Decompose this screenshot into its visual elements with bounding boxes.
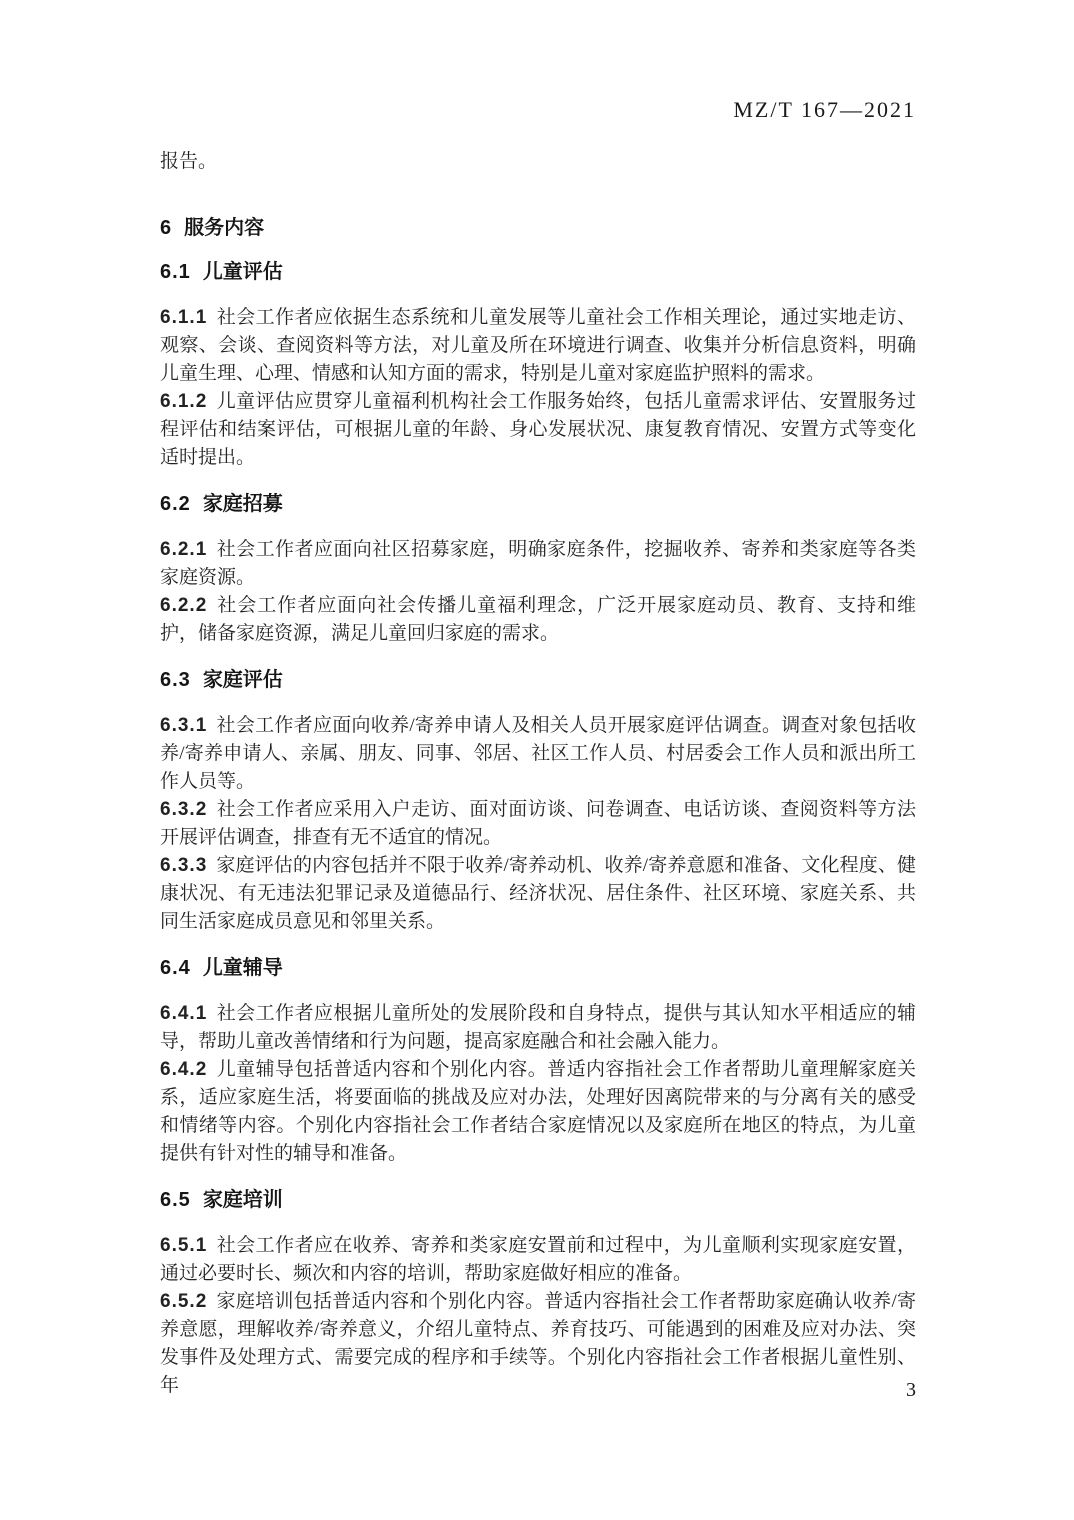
clause-6-4-1: 6.4.1社会工作者应根据儿童所处的发展阶段和自身特点，提供与其认知水平相适应的… [160, 1000, 916, 1056]
clause-6-3-1: 6.3.1社会工作者应面向收养/寄养申请人及相关人员开展家庭评估调查。调查对象包… [160, 712, 916, 796]
chapter-number: 6 [160, 217, 172, 239]
chapter-heading: 6服务内容 [160, 216, 916, 240]
section-number: 6.2 [160, 493, 191, 515]
section-number: 6.5 [160, 1189, 191, 1211]
clause-number: 6.5.1 [160, 1235, 207, 1256]
clause-text: 家庭评估的内容包括并不限于收养/寄养动机、收养/寄养意愿和准备、文化程度、健康状… [160, 855, 916, 932]
section-title: 儿童辅导 [203, 957, 283, 979]
clause-text: 社会工作者应面向社会传播儿童福利理念，广泛开展家庭动员、教育、支持和维护，储备家… [160, 595, 916, 644]
clause-number: 6.4.2 [160, 1059, 207, 1080]
clause-number: 6.2.1 [160, 539, 207, 560]
clause-6-2-2: 6.2.2社会工作者应面向社会传播儿童福利理念，广泛开展家庭动员、教育、支持和维… [160, 592, 916, 648]
section-number: 6.3 [160, 669, 191, 691]
clause-text: 社会工作者应面向收养/寄养申请人及相关人员开展家庭评估调查。调查对象包括收养/寄… [160, 715, 916, 792]
section-heading-6-5: 6.5家庭培训 [160, 1188, 916, 1212]
clause-6-4-2: 6.4.2儿童辅导包括普适内容和个别化内容。普适内容指社会工作者帮助儿童理解家庭… [160, 1056, 916, 1168]
clause-6-5-2: 6.5.2家庭培训包括普适内容和个别化内容。普适内容指社会工作者帮助家庭确认收养… [160, 1288, 916, 1400]
page-number: 3 [906, 1378, 916, 1402]
section-number: 6.4 [160, 957, 191, 979]
clause-number: 6.4.1 [160, 1003, 207, 1024]
clause-6-1-2: 6.1.2儿童评估应贯穿儿童福利机构社会工作服务始终，包括儿童需求评估、安置服务… [160, 388, 916, 472]
clause-text: 社会工作者应依据生态系统和儿童发展等儿童社会工作相关理论，通过实地走访、观察、会… [160, 307, 916, 384]
clause-number: 6.3.2 [160, 799, 207, 820]
section-title: 家庭招募 [203, 493, 283, 515]
section-title: 家庭评估 [203, 669, 283, 691]
clause-6-1-1: 6.1.1社会工作者应依据生态系统和儿童发展等儿童社会工作相关理论，通过实地走访… [160, 304, 916, 388]
clause-number: 6.3.3 [160, 855, 207, 876]
clause-6-3-3: 6.3.3家庭评估的内容包括并不限于收养/寄养动机、收养/寄养意愿和准备、文化程… [160, 852, 916, 936]
clause-text: 家庭培训包括普适内容和个别化内容。普适内容指社会工作者帮助家庭确认收养/寄养意愿… [160, 1291, 916, 1396]
section-heading-6-4: 6.4儿童辅导 [160, 956, 916, 980]
section-heading-6-1: 6.1儿童评估 [160, 260, 916, 284]
clause-6-2-1: 6.2.1社会工作者应面向社区招募家庭，明确家庭条件，挖掘收养、寄养和类家庭等各… [160, 536, 916, 592]
clause-text: 社会工作者应在收养、寄养和类家庭安置前和过程中，为儿童顺利实现家庭安置，通过必要… [160, 1235, 916, 1284]
clause-number: 6.3.1 [160, 715, 207, 736]
document-page: MZ/T 167—2021 报告。 6服务内容 6.1儿童评估 6.1.1社会工… [0, 0, 1074, 1520]
section-number: 6.1 [160, 261, 191, 283]
carryover-paragraph: 报告。 [160, 148, 916, 176]
clause-6-5-1: 6.5.1社会工作者应在收养、寄养和类家庭安置前和过程中，为儿童顺利实现家庭安置… [160, 1232, 916, 1288]
clause-6-3-2: 6.3.2社会工作者应采用入户走访、面对面访谈、问卷调查、电话访谈、查阅资料等方… [160, 796, 916, 852]
clause-number: 6.1.1 [160, 307, 207, 328]
clause-number: 6.1.2 [160, 391, 207, 412]
clause-text: 儿童辅导包括普适内容和个别化内容。普适内容指社会工作者帮助儿童理解家庭关系，适应… [160, 1059, 916, 1164]
clause-number: 6.2.2 [160, 595, 207, 616]
standard-number-header: MZ/T 167—2021 [160, 98, 916, 122]
clause-text: 儿童评估应贯穿儿童福利机构社会工作服务始终，包括儿童需求评估、安置服务过程评估和… [160, 391, 916, 468]
section-heading-6-2: 6.2家庭招募 [160, 492, 916, 516]
section-title: 儿童评估 [203, 261, 283, 283]
clause-number: 6.5.2 [160, 1291, 207, 1312]
clause-text: 社会工作者应面向社区招募家庭，明确家庭条件，挖掘收养、寄养和类家庭等各类家庭资源… [160, 539, 916, 588]
clause-text: 社会工作者应根据儿童所处的发展阶段和自身特点，提供与其认知水平相适应的辅导，帮助… [160, 1003, 916, 1052]
section-heading-6-3: 6.3家庭评估 [160, 668, 916, 692]
section-title: 家庭培训 [203, 1189, 283, 1211]
clause-text: 社会工作者应采用入户走访、面对面访谈、问卷调查、电话访谈、查阅资料等方法开展评估… [160, 799, 916, 848]
chapter-title: 服务内容 [184, 217, 264, 239]
